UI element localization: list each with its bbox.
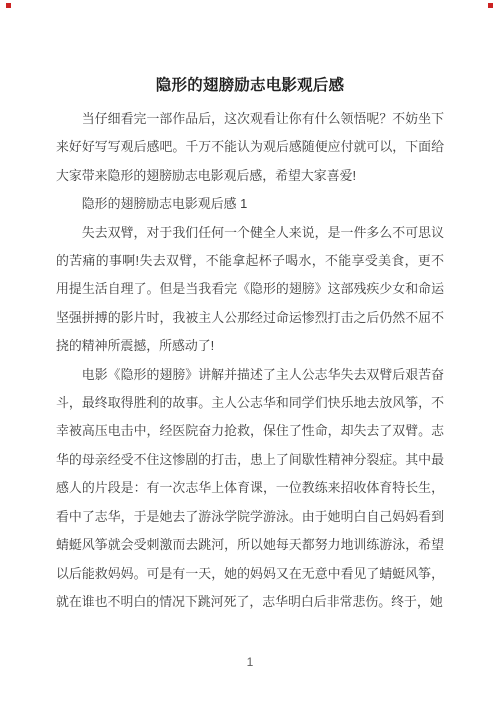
- paragraph-review-2: 电影《隐形的翅膀》讲解并描述了主人公志华失去双臂后艰苦奋斗，最终取得胜利的故事。…: [56, 361, 444, 617]
- page-number: 1: [0, 655, 500, 669]
- document-body: 当仔细看完一部作品后，这次观看让你有什么领悟呢？不妨坐下来好好写写观后感吧。千万…: [56, 105, 444, 616]
- document-title: 隐形的翅膀励志电影观后感: [0, 0, 500, 94]
- paragraph-intro: 当仔细看完一部作品后，这次观看让你有什么领悟呢？不妨坐下来好好写写观后感吧。千万…: [56, 105, 444, 190]
- document-page: 隐形的翅膀励志电影观后感 当仔细看完一部作品后，这次观看让你有什么领悟呢？不妨坐…: [0, 0, 500, 707]
- red-corner-mark-right: [488, 3, 493, 8]
- red-corner-mark-left: [6, 3, 11, 8]
- paragraph-review-1: 失去双臂，对于我们任何一个健全人来说，是一件多么不可思议的苦痛的事啊!失去双臂，…: [56, 219, 444, 361]
- section-heading: 隐形的翅膀励志电影观后感 1: [56, 190, 444, 218]
